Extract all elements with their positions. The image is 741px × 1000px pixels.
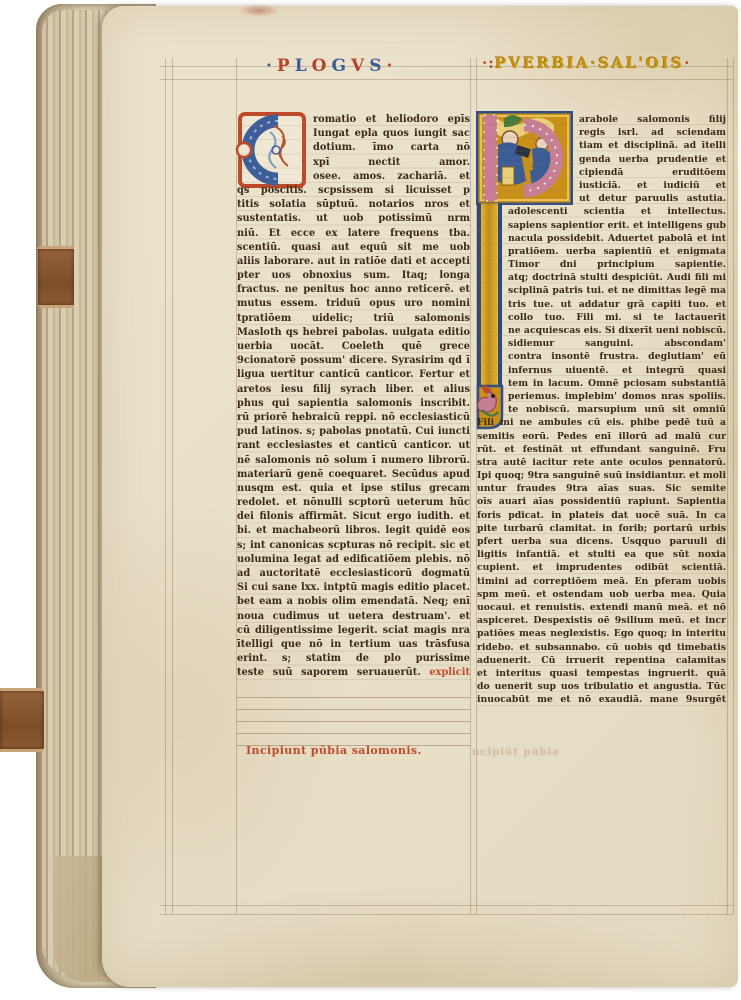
text-line: timini ad correptiōem meā. En pferam uob… [477,575,726,588]
text-line: tiam et disciplinā. ad ītelli [579,139,726,152]
ruling-line [160,905,733,906]
text-line: rū priorē hebraicū reppi. nō ecclesiasti… [237,411,470,425]
text-line: mutus essem. triduū opus uro nomini 9sec… [237,297,470,311]
text-line: stra autē iacitur rete ante oculos penna… [477,456,726,469]
last-line-text: teste suū saporem seruauerūt. [237,667,429,678]
title-flourish: · [266,56,277,76]
text-line: romatio et heliodoro epīs ieronim' [313,113,470,127]
text-line: ligua uertitur canticū canticor. Fertur … [237,368,470,382]
text-line: Fili mi ne ambules cū eis. phibe pedē tu… [477,416,726,429]
title-flourish: · [387,56,398,76]
text-line: sidiemur sanguini. abscondam' offendicul… [508,337,726,350]
title-letter: L [295,56,312,76]
text-line: xpī nectit amor. Comentarios ī [313,156,470,170]
ruling-line [733,58,734,914]
text-line: scentiū. quasi aut equū sit me uob esuri… [237,241,470,255]
text-line: genda uerba prudentie et sus [579,153,726,166]
text-line: ridebo. et subsannabo. cū uobis qd timeb… [477,641,726,654]
text-line: infernus uiuentē. et integrū quasi desce… [508,364,726,377]
text-line: arabole salomonis filij dauid [579,113,726,126]
running-title-prologus: ·PLOGVS· [266,56,397,76]
text-line: aliis laborare. aut in ratiōe dati et ac… [237,255,470,269]
text-line: tris tue. ut addatur grā capiti tuo. et … [508,298,726,311]
text-line: rūt. et festināt ut effundant sanguinē. … [477,443,726,456]
text-line: iusticiā. et iudiciū et equitatē. [579,179,726,192]
text-line: contra insontē frustra. deglutiam' eū si… [508,350,726,363]
text-line: atq; doctrinā stulti despiciūt. Audi fil… [508,271,726,284]
text-line: ītelligi que nō in tertium uas trāsfusa … [237,638,470,652]
prologue-lines-beside-initial: romatio et heliodoro epīs ieronim'Iungat… [237,113,470,184]
text-line: materiarū genē coequaret. Secūdus apud h… [237,468,470,482]
offset-ink-ghost-text: ncipiūt pūbia [472,747,560,758]
text-line: ut detur paruulis astutia. [579,192,726,205]
text-line: pratiōem. uerba sapientiū et enigmata eo… [508,245,726,258]
title-letter: G [331,56,351,76]
text-line: Masloth qs hebrei pabolas. uulgata editi… [237,326,470,340]
text-line: erint. s; statim de plo purissime 9menda… [237,652,470,666]
text-line: Si cui sane lxx. intptū magis editio pla… [237,581,470,595]
text-line: untur fraudes 9tra aīas suas. Sic semite [477,482,726,495]
leather-strap-top [38,246,74,308]
text-line: dei filonis affirmāt. Sicut ergo iudith.… [237,510,470,524]
text-line: sustentatis. ut uob potissimū nrm desude… [237,212,470,226]
text-line: osee. amos. zachariā. et malachiā [313,170,470,184]
blank-ruled-line [237,697,470,698]
title-letter: O [312,56,332,76]
text-line: tpratiōem uidelic; triū salomonis uolumi… [237,312,470,326]
text-line: cū diligentissime legerit. sciat magis n… [237,624,470,638]
text-line: collo tuo. Fili mi. si te lactauerīt pec… [508,311,726,324]
text-line: 9cionatorē possum' dicere. Syrasirim qd … [237,354,470,368]
text-line: foris pdicat. in plateis dat uocē suā. I… [477,509,726,522]
text-line: Iungat epla quos iungit sac [313,127,470,141]
text-line: ligitis infantiā. et stulti ea que sūt n… [477,548,726,561]
text-line: qs poscitis. scpsissem si licuisset p ua… [237,184,470,198]
proverbs-lines-beside-descender: adolescenti scientia et intellectus. Aud… [477,205,726,416]
text-line: niū. Et ecce ex latere frequens tba. diu… [237,227,470,241]
text-line: regis isrl. ad sciendam sapiē [579,126,726,139]
text-line: sciplinā patris tui. et ne dimittas legē… [508,284,726,297]
text-line: ad auctoritatē ecclesiasticorū dogmatū 9… [237,567,470,581]
text-line: aduenerit. Cū irruerit repentina calamit… [477,654,726,667]
proverbs-column: arabole salomonis filij dauidregis isrl.… [477,113,726,706]
text-line: s; int canonicas scpturas nō recipit. si… [237,539,470,553]
text-line: tem in lacum. Omnē pciosam substantiā re… [508,377,726,390]
ruling-line [160,914,733,915]
title-flourish: ·: [482,54,495,72]
text-line: redolet. et nōnulli scptorū ueterum hūc … [237,496,470,510]
text-line: Ipi quoq; 9tra sanguinē suū insidiantur.… [477,469,726,482]
text-line: fractus. ne penitus hoc anno reticerē. e… [237,283,470,297]
text-line: noua cudimus ut uetera destruam'. et tam… [237,610,470,624]
text-line: semitis eorū. Pedes enī illorū ad malū c… [477,430,726,443]
title-letter: P [277,56,295,76]
text-line: rant ecclesiastes et canticū canticor. u… [237,439,470,453]
text-line: bi. et machabeorū libros. legit quidē eo… [237,524,470,538]
text-line: pter uos obnoxius sum. Itaq; longa egrot… [237,269,470,283]
proverbs-lines-full: Fili mi ne ambules cū eis. phibe pedē tu… [477,416,726,706]
text-line: periemus. implebim' domos nras spoliis. … [508,390,726,403]
blank-ruled-line [237,733,470,734]
text-line: nusqm est. quia et ipse stilus grecam el… [237,482,470,496]
text-line: pite turbarū clamitat. in forib; portarū… [477,522,726,535]
text-line: aretos iesu filij syrach liber. et alius… [237,383,470,397]
text-line: patiōes meas neglexistis. Ego quoq; in i… [477,627,726,640]
incipit-rubric: Incipiunt pūbia salomonis. [246,744,422,757]
proverbs-lines-beside-initial: arabole salomonis filij dauidregis isrl.… [477,113,726,205]
text-line: pfert uerba sua dicens. Usqquo paruuli d… [477,535,726,548]
text-line: uerbia uocāt. Coeleth quē grece ecclesia… [237,340,470,354]
text-line: cupient. et imprudentes odibūt scientiā.… [477,561,726,574]
text-line: inuocabūt me et nō exaudiā. mane 9surgēt [477,693,726,706]
text-line: oīs auari aīas possidentiū rapiunt. Sapi… [477,495,726,508]
prologue-column: romatio et heliodoro epīs ieronim'Iungat… [237,113,470,681]
title-flourish: · [684,54,690,72]
text-line: sapiens sapientior erit. et intelligens … [508,219,726,232]
ruling-line [727,58,728,914]
text-line: aspiceret. Despexistis oē 9silium meū. e… [477,614,726,627]
running-title-proverbia: ·:PVERBIA·SAL'OIS· [482,54,690,72]
title-letter: V [351,56,369,76]
text-line: spm meū. et ostendam uob uerba mea. Quia [477,588,726,601]
prologue-last-line: teste suū saporem seruauerūt. explicit p… [237,666,470,680]
title-gold-text: PVERBIA·SAL'OIS [495,54,684,72]
text-line: dotium. īmo carta nō diuidat qs [313,141,470,155]
text-line: cipiendā eruditōem doctrine. [579,166,726,179]
prologue-lines-full: qs poscitis. scpsissem si licuisset p ua… [237,184,470,666]
text-line: te nobiscū. marsupium unū sit omniū nrm. [508,403,726,416]
text-line: phus qui sapientia salomonis inscribit. … [237,397,470,411]
ruling-line [165,58,166,914]
text-line: ne acquiescas eis. Si dixerīt ueni nobis… [508,324,726,337]
text-line: Timor dni principium sapientie. Sapienti… [508,258,726,271]
text-line: nē salomonis nō solum ī numero librorū. … [237,454,470,468]
text-line: pud latinos. s; pabolas pnotatū. Cui iun… [237,425,470,439]
text-line: titis solatia sūptuū. notarios nros et l… [237,198,470,212]
text-line: do uenerit sup uos tribulatio et angusti… [477,680,726,693]
text-line: et interitus quasi tempestas ingruerit. … [477,667,726,680]
blank-ruled-line [237,721,470,722]
ruling-line [160,79,733,80]
text-line: uolumina legat ad edificatiōem plebis. n… [237,553,470,567]
text-line: nacula possidebit. Aduertet pabolā et in… [508,232,726,245]
text-line: uocaui. et renuistis. extendi manū meā. … [477,601,726,614]
title-letter: S [369,56,386,76]
text-line: bet eam a nobis olim emendatā. Neq; enī … [237,595,470,609]
ruling-line [470,58,471,914]
text-line: adolescenti scientia et intellectus. Aud… [508,205,726,218]
blank-ruled-line [237,709,470,710]
leather-strap-bottom [0,688,44,752]
red-smudge-stain [238,4,280,17]
ruling-line [172,58,173,914]
